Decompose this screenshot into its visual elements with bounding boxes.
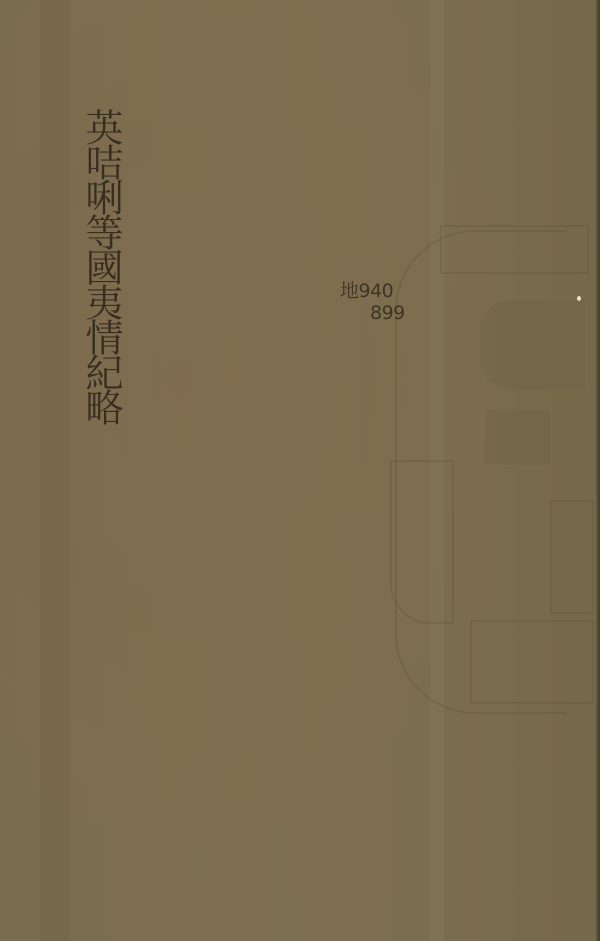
handwritten-title: 英咭唎等國夷情紀略 xyxy=(72,108,128,423)
show-through-block xyxy=(480,300,585,390)
show-through-block xyxy=(485,410,550,465)
show-through-box xyxy=(550,500,594,614)
call-number-line-1: 地940 xyxy=(340,280,393,302)
show-through-box xyxy=(470,620,594,704)
page-edge xyxy=(596,0,600,941)
paper-speck xyxy=(577,296,581,301)
book-cover: 英咭唎等國夷情紀略 地940 899 xyxy=(0,0,600,941)
call-number-line-2: 899 xyxy=(340,302,405,324)
show-through-box xyxy=(440,225,589,274)
show-through-frame xyxy=(390,460,454,624)
call-number: 地940 899 xyxy=(340,280,405,324)
paper-streak xyxy=(40,0,70,941)
